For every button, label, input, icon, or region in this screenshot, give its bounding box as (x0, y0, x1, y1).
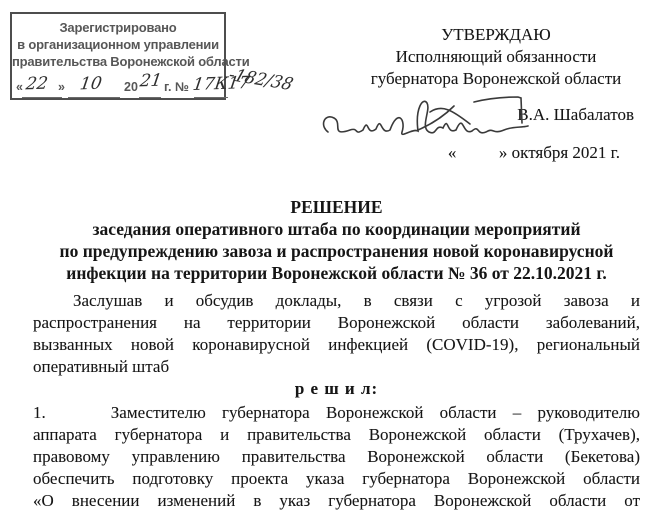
document-page: Зарегистрировано в организационном управ… (0, 0, 650, 515)
intro-line: вызванных новой коронавирусной инфекцией… (33, 334, 640, 356)
approver-position-line-1: Исполняющий обязанности (350, 46, 642, 68)
intro-line: распространения на территории Воронежско… (33, 312, 640, 334)
stamp-close-quote: » (58, 80, 65, 94)
stamp-month-handwritten: 10 (79, 74, 104, 95)
approval-block: УТВЕРЖДАЮ Исполняющий обязанности губерн… (350, 24, 642, 164)
item-1-paragraph: 1. Заместителю губернатора Воронежской о… (33, 402, 640, 512)
item-1-line: обеспечить подготовку проекта указа губе… (33, 468, 640, 490)
stamp-line-1: Зарегистрировано (12, 19, 224, 36)
signature-icon (322, 90, 554, 146)
item-1-line: аппарата губернатора и правительства Вор… (33, 424, 640, 446)
intro-paragraph: Заслушав и обсудив доклады, в связи с уг… (33, 290, 640, 378)
stamp-year-handwritten: 21 (139, 71, 164, 92)
item-1-line: 1. Заместителю губернатора Воронежской о… (33, 402, 640, 424)
title-line-2: заседания оперативного штаба по координа… (33, 218, 640, 240)
stamp-after-year: г. № (164, 80, 189, 94)
stamp-day-blank (22, 96, 62, 98)
signature-row: В.А. Шабалатов (350, 104, 642, 126)
title-line-3: по предупреждению завоза и распространен… (33, 240, 640, 262)
document-title: РЕШЕНИЕ заседания оперативного штаба по … (33, 196, 640, 284)
title-line-4: инфекции на территории Воронежской облас… (33, 262, 640, 284)
title-line-1: РЕШЕНИЕ (33, 196, 640, 218)
item-1-line: «О внесении изменений в указ губернатора… (33, 490, 640, 512)
intro-line: Заслушав и обсудив доклады, в связи с уг… (33, 290, 640, 312)
item-1-line: правовому управлению правительства Ворон… (33, 446, 640, 468)
approve-label: УТВЕРЖДАЮ (350, 24, 642, 46)
stamp-month-blank (68, 96, 120, 98)
stamp-year-blank (139, 96, 161, 98)
registration-stamp: Зарегистрировано в организационном управ… (10, 12, 226, 100)
intro-line: оперативный штаб (33, 356, 640, 378)
stamp-number-blank (194, 96, 228, 98)
stamp-day-handwritten: 22 (25, 74, 50, 95)
stamp-line-2: в организационном управлении (12, 36, 224, 53)
approver-position-line-2: губернатора Воронежской области (350, 68, 642, 90)
stamp-line-3: правительства Воронежской области (12, 53, 224, 70)
stamp-year-prefix: 20 (124, 80, 138, 94)
stamp-open-quote: « (16, 80, 23, 94)
resolved-label: р е ш и л: (33, 378, 640, 400)
